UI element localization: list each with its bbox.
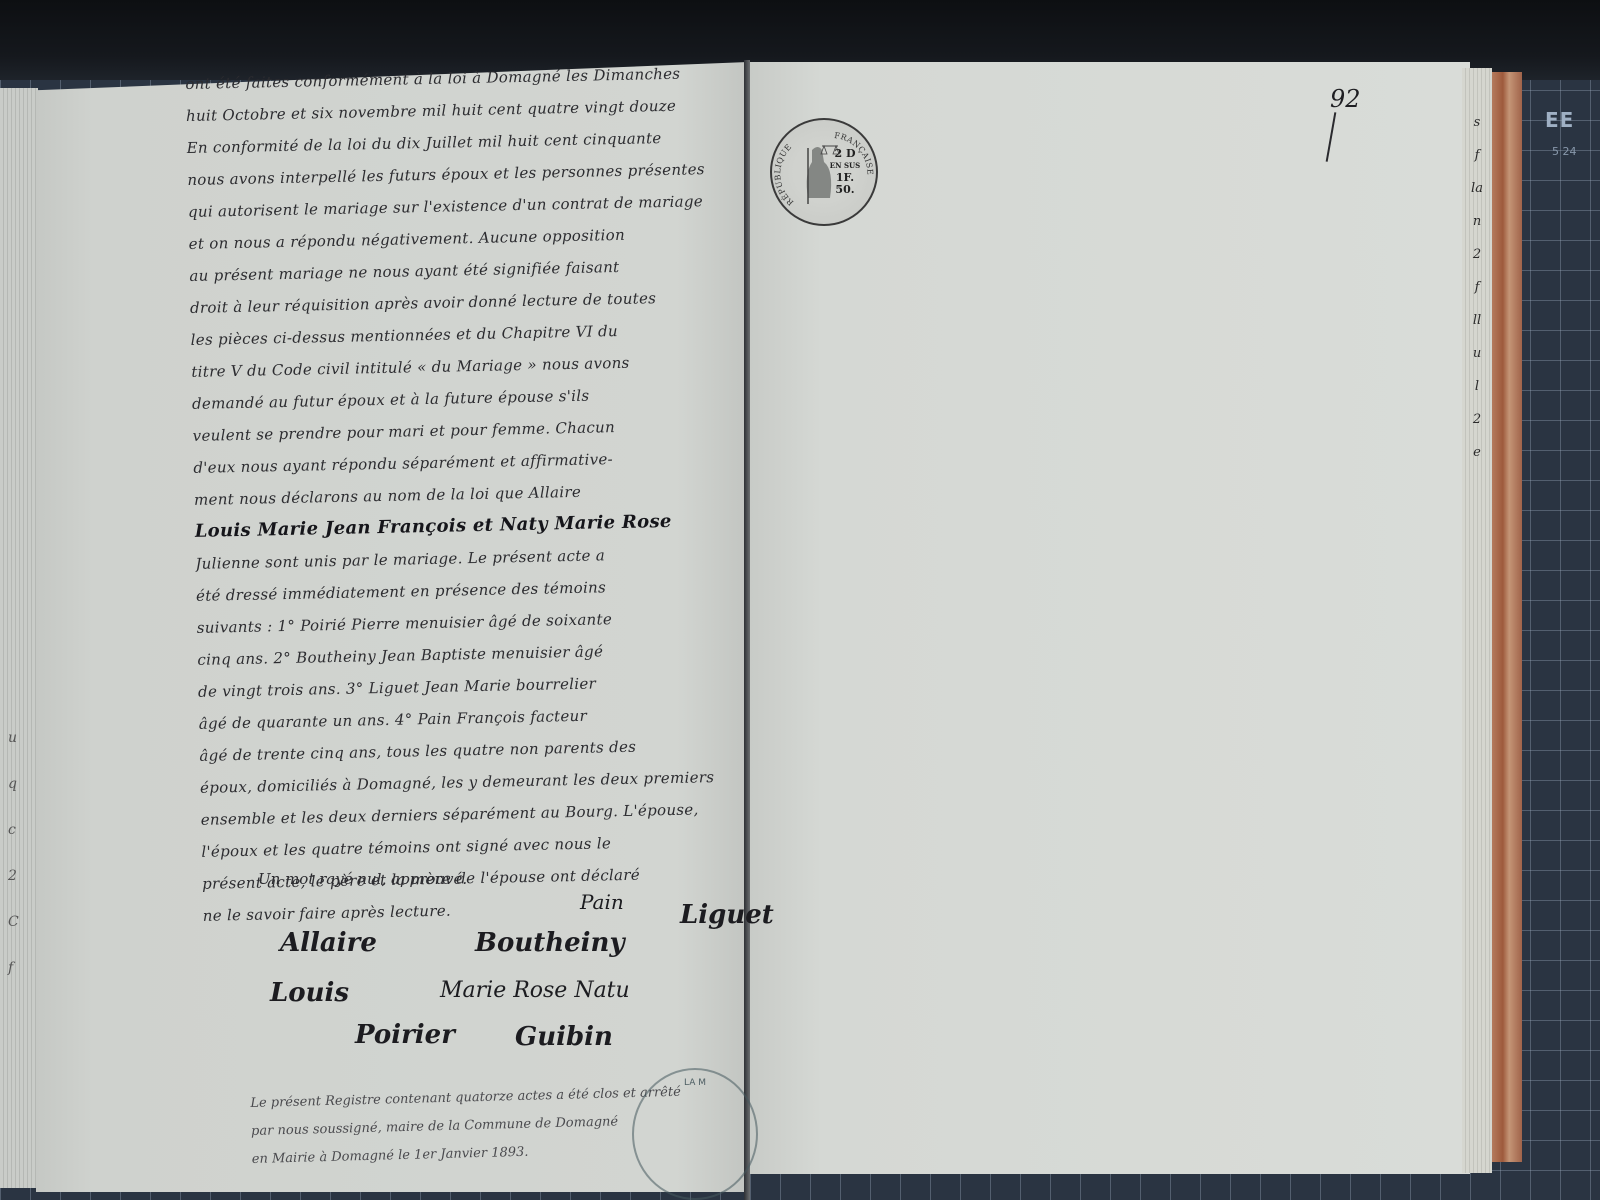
signature-allaire: Allaire	[280, 928, 377, 958]
correction-mention: Un mot rayé nul, approuvé.	[258, 870, 467, 888]
signature-mayor: Guibin	[515, 1022, 613, 1052]
mat-label: EE	[1545, 108, 1574, 132]
fiscal-stamp: RÉPUBLIQUE FRANÇAISE 2 D EN SUS 1F. 50.	[770, 118, 878, 226]
signature-boutheiny: Boutheiny	[475, 928, 625, 958]
signature-poirier: Poirier	[355, 1020, 455, 1050]
edge-note: 2	[1473, 412, 1481, 427]
signature-liguet: Liguet	[680, 900, 774, 930]
svg-text:RÉPUBLIQUE: RÉPUBLIQUE	[773, 142, 795, 207]
signature-pain: Pain	[580, 890, 624, 914]
edge-note: n	[1473, 214, 1481, 229]
edge-note: la	[1471, 181, 1483, 196]
edge-note: ll	[1473, 313, 1481, 328]
right-edge-notes: s f la n 2 f ll u l 2 e	[1466, 115, 1488, 595]
edge-note: f	[1475, 280, 1480, 295]
edge-note: C	[8, 914, 38, 930]
edge-note: 2	[8, 868, 38, 884]
edge-note: s	[1474, 115, 1481, 130]
edge-note: l	[1475, 379, 1479, 394]
stamp-left-text: RÉPUBLIQUE	[773, 142, 795, 207]
right-page	[750, 62, 1470, 1174]
marriage-act-text: ont été faites conformément à la loi à D…	[185, 56, 758, 931]
left-edge-notes: u q c 2 C f	[8, 730, 38, 1030]
edge-note: 2	[1473, 247, 1481, 262]
edge-note: q	[8, 776, 38, 792]
signature-marie-rose-natu: Marie Rose Natu	[440, 978, 630, 1003]
mat-ruler-numbers: 5 24	[1552, 145, 1577, 158]
stamp-value-top: 2 D	[834, 147, 855, 160]
mairie-seal-stamp: LA M	[632, 1068, 758, 1200]
folio-number: 92	[1330, 85, 1361, 113]
edge-note: c	[8, 822, 38, 838]
signatures-block: Pain Liguet Allaire Boutheiny Louis Mari…	[250, 890, 750, 1050]
book-cover-marbled-edge	[1490, 72, 1522, 1162]
edge-note: f	[8, 960, 38, 976]
edge-note: u	[8, 730, 38, 746]
edge-note: f	[1475, 148, 1480, 163]
edge-note: e	[1473, 445, 1481, 460]
stamp-value: 2 D EN SUS 1F. 50.	[828, 148, 862, 196]
stamp-value-bottom: 1F. 50.	[835, 171, 854, 196]
edge-note: u	[1473, 346, 1481, 361]
seal-text: LA M	[634, 1078, 756, 1088]
signature-louis: Louis	[270, 978, 349, 1008]
